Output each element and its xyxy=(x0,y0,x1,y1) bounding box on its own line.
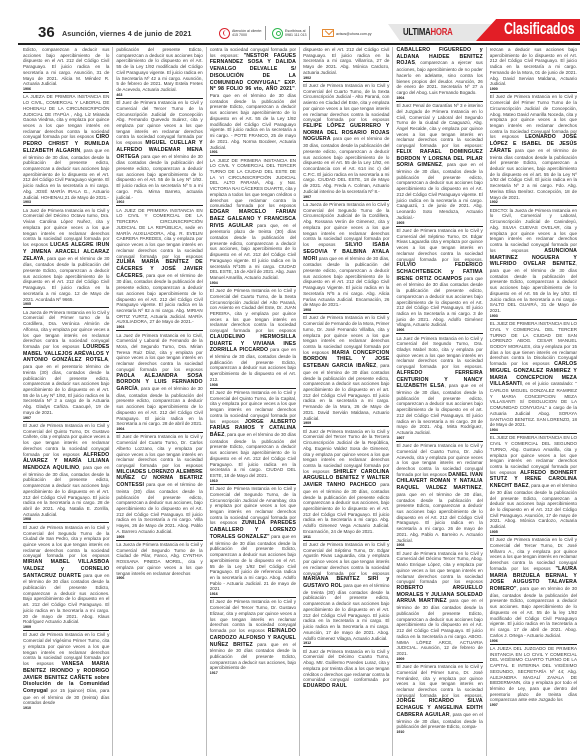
contact-email-value[interactable]: avisos@uhora.com.py xyxy=(336,32,372,36)
notice-text-continued: para que en el término de 30 días contad… xyxy=(396,598,482,655)
legal-notice: EL JUEZ DE PRIMERA INSTANCIA EN LO CIVIL… xyxy=(490,321,577,434)
brand-banner: ULTIMAHORA Clasificados xyxy=(388,17,580,41)
contact-label: Atención al cliente: xyxy=(232,29,262,33)
notice-text: El Juez de Primera Instancia en lo Civil… xyxy=(490,94,577,139)
notice-text-continued: , para que en el término de 30 días, con… xyxy=(396,383,482,435)
legal-notice: La Jueza de Primera Instancia en lo Civi… xyxy=(303,202,389,314)
notice-code: 1907 xyxy=(303,195,389,199)
notice-code: 1905 xyxy=(396,221,482,225)
notice-code: 1903 xyxy=(116,325,202,329)
legal-notice: El Juez de Primera Instancia en lo Civil… xyxy=(303,315,389,427)
legal-notice: El Juez de Primera Instancia en lo Civil… xyxy=(116,100,202,206)
legal-notice: CABALLERO FIGUEREDO y ALDANA HAIDEE BENI… xyxy=(396,47,482,102)
notice-text: El Juez de Primera Instancia en lo Civil… xyxy=(116,434,202,468)
notice-code: 1908 xyxy=(303,308,389,312)
legal-notice: La Juez de Primera Instancia en lo Civil… xyxy=(396,336,482,442)
notice-text: El Juez Penal de Garantías Nº 3 e interi… xyxy=(396,103,482,148)
legal-notice: El Juez de Primera Instancia en lo Civil… xyxy=(303,83,389,201)
contact-value: 415 7000 xyxy=(232,33,247,37)
notice-code: 1905 xyxy=(490,530,577,534)
notice-code: 1904 xyxy=(116,427,202,431)
notice-text: El Juez de Primera Instancia en lo Civil… xyxy=(116,100,202,145)
notice-text-continued: , para que en el término de 30 días, con… xyxy=(116,386,202,426)
notice-code: 1907 xyxy=(396,436,482,440)
notice-text-continued: para que en el término de 30 días, conta… xyxy=(303,482,389,534)
legal-notice: El Juez de Primera Instancia en lo Civil… xyxy=(23,525,109,631)
column-1: Edicto, comparezcan a deducir sus accion… xyxy=(20,47,113,756)
legal-notice: La Jueza de Primera Instancia en lo Civi… xyxy=(23,310,109,422)
notice-code: 1908 xyxy=(23,517,109,521)
notice-text-continued: para que en el término de 30 días, conta… xyxy=(303,136,389,193)
notice-text-continued: . Para que en el término de 30 días cont… xyxy=(210,86,296,149)
notice-text: El Juez de Primera Instancia en lo Civil… xyxy=(303,542,389,576)
notice-text: LA JUEZ DE PRIMERA INSTANCIA EN LO CIVIL… xyxy=(116,208,202,259)
notice-code: 1902 xyxy=(116,200,202,204)
legal-notice: El Juez de Primera Instancia en lo Civil… xyxy=(210,599,296,676)
legal-notice: contra la sociedad conyugal formada por … xyxy=(210,47,296,156)
classifieds-columns: Edicto, comparezcan a deducir sus accion… xyxy=(20,47,580,756)
notice-code: 1905 xyxy=(116,535,202,539)
legal-notice: El Juez de Primera Instancia en lo Civil… xyxy=(303,542,389,647)
notice-code: 1903 xyxy=(490,314,577,318)
notice-text: Edicto, comparezcan a deducir sus accion… xyxy=(23,47,109,86)
notice-text-continued: para que en el término de 30 días, conta… xyxy=(303,256,389,308)
legal-notice: rezcan a deducir sus acciones bajo aperc… xyxy=(490,47,577,93)
notice-code: 1909 xyxy=(396,657,482,661)
legal-notice: El Juez de Primera Instancia en lo Civil… xyxy=(210,390,296,485)
notice-text-continued: para que en el término de treinta (30) d… xyxy=(116,482,202,534)
legal-notice: El Juez de Primera Instancia en lo Civil… xyxy=(23,423,109,524)
notice-code: 1912 xyxy=(303,641,389,645)
contact-email: avisos@uhora.com.py xyxy=(322,26,372,40)
notice-text: El Juez de Primera Instancia en lo Civil… xyxy=(23,525,109,559)
contact-whatsapp: Escribinos al 0981 111 013 xyxy=(272,26,310,40)
notice-text: La Jueza de Primera Instancia en lo Civi… xyxy=(303,202,389,247)
header-divider xyxy=(18,43,580,45)
notice-text-continued: para que en el término de 30 días contad… xyxy=(23,573,109,625)
contact-value: 0981 111 013 xyxy=(285,33,306,37)
notice-code: 1907 xyxy=(23,416,109,420)
contact-label: Escribinos al xyxy=(285,29,305,33)
notice-text-continued: , para que en el término de 30 días cont… xyxy=(303,363,389,420)
legal-notice: El Juez de Primera Instancia en lo Civil… xyxy=(210,288,296,389)
legal-notice: El Juez de Primera Instancia en lo Civil… xyxy=(396,664,482,735)
page-date: Asunción, viernes 4 de junio de 2021 xyxy=(62,29,191,38)
notice-text-continued: , para que en el término de 30 días cont… xyxy=(210,432,296,478)
notice-code: 1901 xyxy=(210,150,296,154)
notice-text-continued: , para que en el perentorio término de t… xyxy=(23,357,109,414)
notice-text: LA JUEZ DE PRIMERA INSTANCIA EN LO CIVIL… xyxy=(210,158,296,209)
legal-notice: El Juez de Primera Instancia en lo Civil… xyxy=(490,94,577,206)
notice-text-continued: , en el juicio caratulado: " CARLOS MIGU… xyxy=(490,381,577,427)
legal-notice: El Juez de Primera Instancia en lo Civil… xyxy=(210,486,296,598)
legal-notice: LA JUEZA DEL JUZGADO DE PRIMERA INSTANCI… xyxy=(490,646,577,708)
section-title: Clasificados xyxy=(504,19,574,39)
legal-notice: LA JUEZ DE PRIMERA INSTANCIA EN LO CIVIL… xyxy=(210,158,296,287)
legal-notice: El Juez de Primera Instancia en lo Civil… xyxy=(303,649,389,691)
legal-notice: La Juez de Primera Instancia en lo Civil… xyxy=(116,333,202,434)
legal-notice: El Juez de Primera Instancia en lo Civil… xyxy=(396,551,482,663)
contact-customer-service: Atención al cliente: 415 7000 xyxy=(219,26,266,40)
notice-code: 1916 xyxy=(210,592,296,596)
notice-text: El Juez de Primera Instancia en lo Civil… xyxy=(396,228,482,262)
notice-text: La Jueza de Primera Instancia en lo Civi… xyxy=(116,542,202,576)
notice-text: publicación del presente Edicto, compare… xyxy=(116,47,202,92)
notice-code: 1910 xyxy=(210,479,296,483)
notice-text-continued: para que en el término de 30 días contad… xyxy=(396,276,482,328)
notice-code: 1911 xyxy=(303,535,389,539)
notice-code: 1905 xyxy=(23,302,109,306)
notice-code: 463 xyxy=(116,93,202,97)
legal-notice: LA JUEZA DE PRIMERA INSTANCIA EN LO CIVI… xyxy=(23,94,109,206)
notice-text: El Juez de Primera Instancia en lo Civil… xyxy=(303,83,389,122)
column-6: rezcan a deducir sus acciones bajo aperc… xyxy=(487,47,580,756)
notice-code: 1909 xyxy=(303,421,389,425)
notice-code: 1904 xyxy=(396,96,482,100)
legal-notice: EL JUEZ DE PRIMERA INSTANCIA EN LO CIVIL… xyxy=(490,435,577,536)
notice-text: El Juez de Primera Instancia en lo Civil… xyxy=(396,664,482,698)
whatsapp-icon xyxy=(272,28,283,39)
notice-text-continued: , para que en término de 30 días, contad… xyxy=(490,586,577,638)
notice-code: 1903 xyxy=(23,200,109,204)
page-header: 36 Asunción, viernes 4 de junio de 2021 … xyxy=(0,0,580,40)
notice-code: 1908 xyxy=(396,543,482,547)
notice-code: 1902 xyxy=(490,200,577,204)
phone-icon xyxy=(219,28,230,39)
notice-code: 1909 xyxy=(23,625,109,629)
legal-notice: La Jueza de Primera Instancia en lo Civi… xyxy=(116,542,202,581)
notice-text: dispuesto en el Art. 212 del Código Civi… xyxy=(303,47,389,75)
ultima-hora-logo: ULTIMAHORA xyxy=(403,27,453,38)
notice-text-continued: , para que en el término de 30 días, con… xyxy=(23,465,109,517)
notice-text: LA JUEZA DE PRIMERA INSTANCIA EN LO CIVI… xyxy=(23,94,109,139)
notice-text-continued: , para que en el término de 30 días, con… xyxy=(116,273,202,325)
legal-notice: El Juez Penal de Garantías Nº 3 e interi… xyxy=(396,103,482,226)
notice-code: 1904 xyxy=(210,281,296,285)
notice-code: 1906 xyxy=(396,328,482,332)
legal-notice: LA JUEZ DE PRIMERA INSTANCIA EN LO CIVIL… xyxy=(116,208,202,331)
notice-text: rezcan a deducir sus acciones bajo aperc… xyxy=(490,47,577,86)
notice-code: 1904 xyxy=(490,428,577,432)
column-5: CABALLERO FIGUEREDO y ALDANA HAIDEE BENI… xyxy=(393,47,486,756)
notice-text-continued: para que, en el perentorio plazo de trei… xyxy=(210,223,296,280)
notice-text-continued: , para que en el término de 30 días cont… xyxy=(490,261,577,313)
notice-text-continued: para que en el término de 30 días contad… xyxy=(116,154,202,200)
legal-notice: El Juez de Primera Instancia en lo Civil… xyxy=(303,429,389,541)
legal-notice: El Juez de Primera Instancia en lo Civil… xyxy=(490,537,577,644)
column-4: dispuesto en el Art. 212 del Código Civi… xyxy=(300,47,393,756)
legal-notice: El Juez de Primera Instancia en lo Civil… xyxy=(23,632,109,711)
notice-text-continued: , para que en el término de 30 días, con… xyxy=(23,148,109,200)
notice-code: 1900 xyxy=(490,87,577,91)
notice-text-continued: , para que en el término de 30 días, con… xyxy=(396,162,482,219)
notice-text: EDICTO: la Jueza de Primera Instancia en… xyxy=(490,208,577,253)
notice-text: El Juez de Primera Instancia en lo Civil… xyxy=(303,429,389,474)
notice-text-continued: , para que en el término de 30 días, con… xyxy=(396,485,482,542)
notice-text-continued: para que en el término de treinta (30) d… xyxy=(303,583,389,640)
notice-code: 1906 xyxy=(23,87,109,91)
column-2: publicación del presente Edicto, compare… xyxy=(113,47,206,756)
legal-notice: El Juez de Primera Instancia en lo Civil… xyxy=(396,443,482,549)
page-number: 36 xyxy=(38,24,55,41)
legal-notice: publicación del presente Edicto, compare… xyxy=(116,47,202,99)
notice-code: 1906 xyxy=(490,639,577,643)
legal-notice: Edicto, comparezcan a deducir sus accion… xyxy=(23,47,109,93)
notice-text: El Juez de Primera Instancia en lo Civil… xyxy=(396,551,482,585)
notice-text: La Juez de Primera Instancia en lo Civil… xyxy=(396,336,482,370)
notice-code: 1917 xyxy=(210,671,296,675)
notice-text-continued: , para que en el término de 30 días cont… xyxy=(490,483,577,529)
notice-code: 1910 xyxy=(23,706,109,710)
notice-text: LA JUEZA DEL JUZGADO DE PRIMERA INSTANCI… xyxy=(490,646,577,702)
notice-code: 1902 xyxy=(303,76,389,80)
notice-party-names: EDUARDO RAUL xyxy=(303,683,347,689)
notice-code: 1910 xyxy=(396,730,482,734)
legal-notice: El Juez de Primera Instancia en lo Civil… xyxy=(116,434,202,540)
notice-code: 1906 xyxy=(116,576,202,580)
notice-code: 1907 xyxy=(490,703,577,707)
legal-notice: El Juez de Primera Instancia en lo Civil… xyxy=(396,228,482,334)
legal-notice: La Juez de Primera Instancia en lo Civil… xyxy=(23,208,109,309)
notice-party-names: "NESTOR FAGUES FERNANDEZ SOSA Y DALIDA V… xyxy=(210,53,296,93)
notice-code: 1908 xyxy=(210,383,296,387)
mail-icon xyxy=(322,29,334,37)
notice-text: EL JUEZ DE PRIMERA INSTANCIA EN LO CIVIL… xyxy=(490,321,577,366)
notice-text: La Juez de Primera Instancia en lo Civil… xyxy=(116,333,202,372)
notice-text-continued: para que en el término de 30 días contad… xyxy=(210,534,296,591)
notice-text: El Juez de Primera Instancia en lo Civil… xyxy=(303,649,389,683)
notice-text-continued: , para que en el término de 30 días, con… xyxy=(23,256,109,302)
notice-text-continued: para que en el término de treinta días c… xyxy=(490,148,577,200)
legal-notice: EDICTO: la Jueza de Primera Instancia en… xyxy=(490,208,577,320)
legal-notice: dispuesto en el Art. 212 del Código Civi… xyxy=(303,47,389,82)
column-3: contra la sociedad conyugal formada por … xyxy=(207,47,300,756)
notice-text: El Juez de Primera Instancia en lo Civil… xyxy=(210,288,296,333)
